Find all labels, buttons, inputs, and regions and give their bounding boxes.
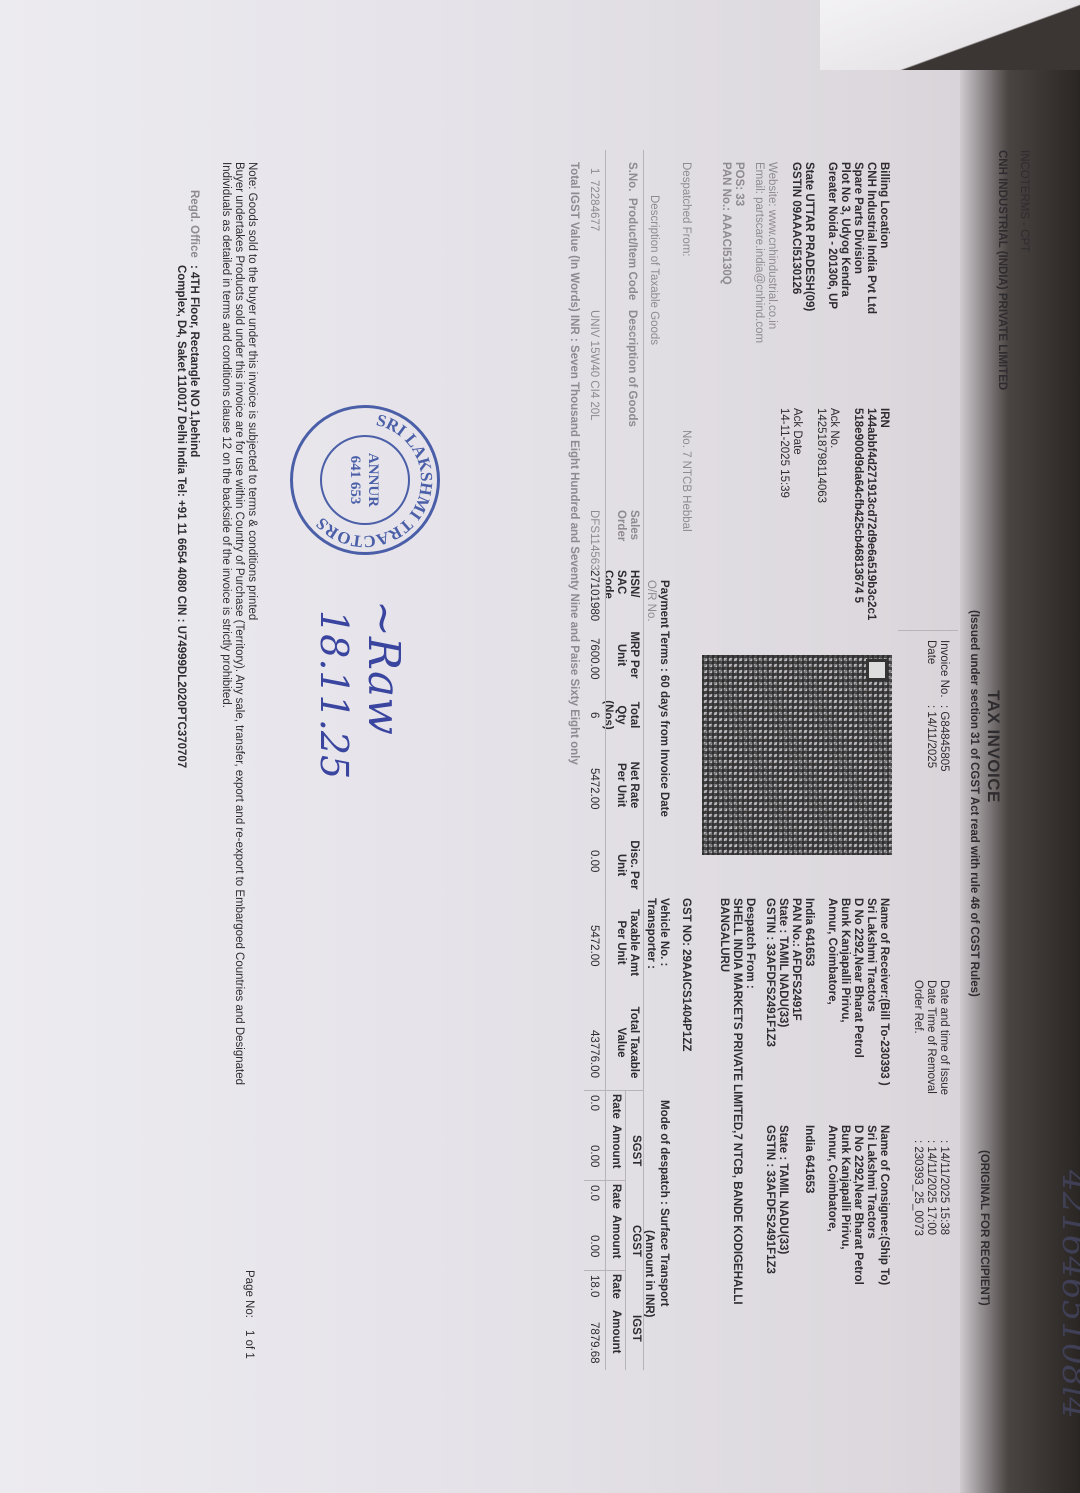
company-stamp: SRI LAKSHMI TRACTORS ANNUR 641 653 bbox=[290, 405, 440, 555]
order-value: 230393_25_0073 bbox=[912, 1146, 924, 1236]
cell-sno: 1 bbox=[587, 168, 600, 174]
total-in-words: Total IGST Value (In Words) INR : Seven … bbox=[567, 162, 580, 765]
regd-office-line1: : 4TH Floor, Rectangle NO 1,behind bbox=[187, 265, 200, 457]
regd-office-line2: Complex, D4, Saket 110017 Delhi India Te… bbox=[174, 265, 187, 768]
col-cgst-rate: Rate bbox=[609, 1184, 622, 1209]
cell-cgst-amount: 0.00 bbox=[587, 1235, 600, 1257]
col-hsn: HSN/ SAC Code bbox=[601, 570, 640, 610]
col-sno: S.No. bbox=[625, 162, 638, 191]
billing-email[interactable]: Email: partscare.india@cnhind.com bbox=[752, 162, 765, 343]
mode-of-despatch: Mode of despatch : Surface Transport bbox=[657, 1100, 670, 1306]
irn-label: IRN bbox=[877, 408, 890, 428]
irn-line1: 144abbf4d271913cd72d9e6a519b3c2c1 bbox=[864, 408, 877, 620]
col-cgst: CGST bbox=[629, 1225, 642, 1257]
issue-label: Date and time of Issue bbox=[937, 980, 950, 1095]
billing-website[interactable]: Website: www.cnhindustrial.co.in bbox=[765, 162, 778, 329]
cell-igst-amount: 7879.68 bbox=[587, 1322, 600, 1364]
cell-mrp: 7600.00 bbox=[587, 638, 600, 680]
stamp-inner: ANNUR 641 653 bbox=[320, 435, 410, 525]
invoice-no-value: G84845805 bbox=[938, 711, 950, 771]
col-igst-amount: Amount bbox=[609, 1310, 622, 1353]
receiver-block: Name of Receiver:(Bill To-230393 ) Sri L… bbox=[825, 898, 890, 1086]
transporter: Transporter : bbox=[644, 898, 657, 969]
footer-note-3: Individuals as detailed in terms and con… bbox=[219, 162, 232, 708]
cell-disc: 0.00 bbox=[587, 850, 600, 872]
page-subtitle: (Issued under section 31 of CGST Act rea… bbox=[967, 610, 980, 997]
ack-date-value: 14-11-2025 15:39 bbox=[777, 408, 790, 498]
invoice-no-label: Invoice No. bbox=[937, 640, 950, 698]
page-title: TAX INVOICE bbox=[987, 690, 1000, 803]
col-sgst-amount: Amount bbox=[609, 1125, 622, 1168]
col-qty: Total Qty (Nos) bbox=[601, 695, 640, 735]
despatch-from-label: Despatch From : bbox=[743, 898, 756, 989]
cell-sgst-amount: 0.00 bbox=[587, 1145, 600, 1167]
billing-pos: POS: 33 bbox=[732, 162, 745, 206]
consignee-india: India 641653 bbox=[802, 1125, 815, 1193]
despatched-from-label: Despatched From: bbox=[679, 162, 692, 257]
page-number-value: 1 of 1 bbox=[242, 1330, 255, 1359]
despatch-from-line2: BANGALURU bbox=[717, 898, 730, 972]
invoice-date-value: 14/11/2025 bbox=[925, 711, 937, 768]
billing-gstin: GSTIN 09AAACI5130126 bbox=[789, 162, 802, 294]
copy-label: (ORIGINAL FOR RECIPIENT) bbox=[977, 1150, 990, 1306]
cell-description: UNIV 15W40 CI4 20L bbox=[587, 310, 600, 421]
removal-value: 14/11/2025 17:00 bbox=[925, 1146, 937, 1235]
signature-date: 18.11.25 bbox=[327, 610, 340, 779]
col-description: Description of Goods bbox=[625, 310, 638, 427]
cell-taxable-amt: 5472.00 bbox=[587, 925, 600, 967]
consignee-state: State : TAMIL NADU(33) bbox=[776, 1125, 789, 1254]
irn-line2: 518e900d9da64cfb425cb46813674 5 bbox=[851, 408, 864, 603]
footer-note-2: Buyer undertakes Products sold under thi… bbox=[232, 162, 245, 1085]
receiver-state: State : TAMIL NADU(33) bbox=[776, 898, 789, 1027]
consignee-gstin: GSTIN : 33AFDFS2491F1Z3 bbox=[763, 1125, 776, 1274]
ack-no-value: 142518798114063 bbox=[814, 408, 827, 503]
col-taxable-amt: Taxable Amt Per Unit bbox=[614, 900, 640, 985]
col-sgst: SGST bbox=[629, 1135, 642, 1166]
cell-sgst-rate: 0.0 bbox=[587, 1095, 600, 1111]
vehicle-no: Vehicle No. : bbox=[657, 898, 670, 966]
cell-cgst-rate: 0.0 bbox=[587, 1185, 600, 1201]
cell-sales-order: DFS114563 bbox=[587, 510, 600, 571]
col-mrp: MRP Per Unit bbox=[614, 630, 640, 680]
billing-location: Billing Location CNH Industrial India Pv… bbox=[825, 162, 890, 314]
ack-date-label: Ack Date bbox=[790, 408, 803, 455]
table-group-header: Description of Taxable Goods bbox=[647, 195, 660, 345]
cell-product-code: 72284677 bbox=[587, 180, 600, 231]
gst-no: GST NO: 29AAICS1404P1ZZ bbox=[679, 898, 692, 1051]
signature: ~Raw bbox=[377, 600, 390, 735]
regd-office-label: Regd. Office bbox=[187, 190, 200, 258]
cell-qty: 6 bbox=[587, 712, 600, 718]
removal-label: Date Time of Removal bbox=[924, 980, 937, 1094]
consignee-block: Name of Consignee:(Ship To) Sri Lakshmi … bbox=[825, 1125, 890, 1285]
despatch-from-line1: SHELL INDIA MARKETS PRIVATE LIMITED,7 NT… bbox=[730, 898, 743, 1305]
col-net-rate: Net Rate Per Unit bbox=[614, 755, 640, 815]
cell-igst-rate: 18.0 bbox=[587, 1275, 600, 1297]
col-product-code: Product/Item Code bbox=[625, 198, 638, 300]
col-sgst-rate: Rate bbox=[609, 1094, 622, 1119]
handwritten-ref: 4216465108l4 bbox=[1067, 1170, 1080, 1419]
paper-fold bbox=[820, 0, 1080, 70]
billing-state: State UTTAR PRADESH(09) bbox=[802, 162, 815, 311]
receiver-gstin: GSTIN : 33AFDFS2491F1Z3 bbox=[763, 898, 776, 1047]
despatched-from-value: No. 7 NTCB Hebbal bbox=[679, 430, 692, 532]
incoterms: INCOTERMS - CPT bbox=[1017, 150, 1030, 252]
date-label: Date bbox=[924, 640, 937, 664]
page-number-label: Page No: bbox=[242, 1270, 255, 1318]
or-no: O/R No. bbox=[644, 580, 657, 622]
billing-pan: PAN No.: AAACI5130Q bbox=[719, 162, 732, 285]
col-total-taxable: Total Taxable Value bbox=[614, 1000, 640, 1085]
cell-hsn: 27101980 bbox=[587, 570, 600, 621]
order-label: Order Ref. bbox=[911, 980, 924, 1034]
col-igst: IGST bbox=[629, 1315, 642, 1342]
col-sales-order: Sales Order bbox=[614, 510, 640, 555]
tax-invoice-document: 4216465108l4 TAX INVOICE (Issued under s… bbox=[100, 150, 1000, 1450]
issue-value: 14/11/2025 15:38 bbox=[938, 1146, 950, 1235]
einvoice-qr-code bbox=[702, 655, 892, 855]
cell-net-rate: 5472.00 bbox=[587, 768, 600, 810]
company-name: CNH INDUSTRIAL (INDIA) PRIVATE LIMITED bbox=[995, 150, 1008, 390]
col-igst-rate: Rate bbox=[609, 1274, 622, 1299]
receiver-pan: PAN No.: AFDFS2491F bbox=[789, 898, 802, 1021]
col-disc: Disc. Per Unit bbox=[614, 840, 640, 890]
receiver-india: India 641653 bbox=[802, 898, 815, 966]
footer-note-1: Note: Goods sold to the buyer under this… bbox=[245, 162, 258, 620]
ack-no-label: Ack No. bbox=[827, 408, 840, 448]
col-cgst-amount: Amount bbox=[609, 1215, 622, 1258]
cell-total-taxable: 43776.00 bbox=[587, 1030, 600, 1078]
payment-terms: Payment Terms : 60 days from Invoice Dat… bbox=[657, 580, 670, 817]
